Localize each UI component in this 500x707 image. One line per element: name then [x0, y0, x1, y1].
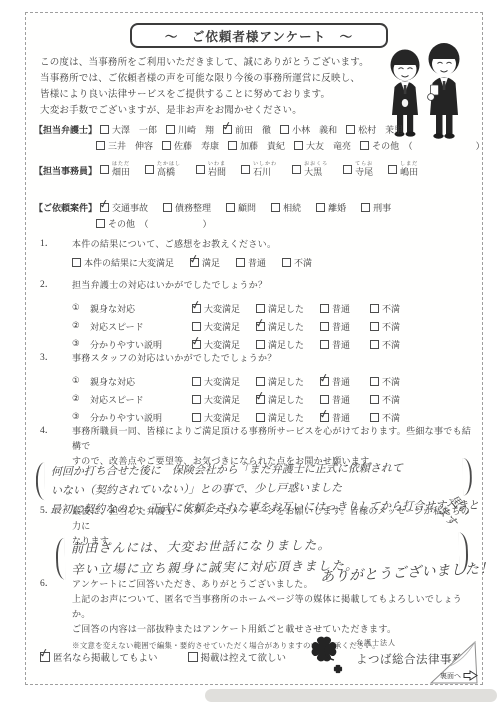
right-arrow-icon: [463, 670, 478, 681]
q1-options: 本件の結果に大変満足満足普通不満: [72, 256, 476, 269]
checkbox-option: 匿名なら掲載してもよい: [40, 650, 158, 664]
checkbox-option: 小林 義和: [280, 123, 337, 136]
row-number: ①: [72, 303, 90, 313]
checkbox-option: 不満: [370, 375, 410, 388]
option-label: 不満: [382, 411, 400, 424]
checkbox-option: 満足した: [256, 320, 320, 333]
option-label: 満足した: [268, 302, 304, 315]
empty-checkbox-icon: [370, 395, 379, 404]
checkbox-option: 満足した: [256, 338, 320, 351]
option-label: 大変満足: [204, 393, 240, 406]
empty-checkbox-icon: [346, 125, 355, 134]
option-label: 不満: [382, 320, 400, 333]
checkbox-option: 本件の結果に大変満足: [72, 256, 174, 269]
option-label: 不満: [382, 338, 400, 351]
option-label: 満足した: [268, 338, 304, 351]
empty-checkbox-icon: [145, 165, 154, 174]
checkbox-option: 普通: [320, 375, 370, 388]
back-side-text: 裏面へ: [440, 671, 461, 681]
lawyer-section-label: 【担当弁護士】: [34, 123, 97, 136]
row-label: 分かりやすい説明: [90, 338, 192, 351]
checkbox-option: 普通: [320, 411, 370, 424]
form-title-box: ～ ご依頼者様アンケート ～: [130, 23, 388, 48]
lawyer-options-row1: 大澤 一郎川崎 翔前田 徹小林 義和松村 茉里: [100, 123, 412, 136]
checked-checkbox-icon: [320, 413, 329, 422]
checkbox-option: 川崎 翔: [166, 123, 214, 136]
option-label: 大澤 一郎: [112, 123, 157, 136]
survey-form-paper: ～ ご依頼者様アンケート ～ この度は、当事務所をご利用いただきまして、誠にあり…: [25, 12, 483, 685]
checkbox-option: いしかわ石川: [241, 162, 277, 177]
option-label: 大変満足: [204, 411, 240, 424]
checkbox-option: 普通: [320, 338, 370, 351]
option-label: 大変満足: [204, 375, 240, 388]
checked-checkbox-icon: [40, 652, 50, 662]
option-label: 普通: [332, 338, 350, 351]
case-options-row2: その他 （ ）: [96, 217, 221, 230]
option-label: 顧問: [238, 201, 256, 214]
staff-options: はただ畑田たかはし高橋いわま岩間いしかわ石川おおくろ大黒てらお寺尾しまだ嶋田: [100, 162, 433, 177]
checked-checkbox-icon: [192, 340, 201, 349]
empty-checkbox-icon: [96, 219, 105, 228]
option-label: 川崎 翔: [178, 123, 214, 136]
option-label: その他 （ ）: [372, 139, 485, 152]
text-line: 事務所職員一同、皆様によりご満足頂ける事務所サービスを心がけております。些細な事…: [72, 424, 476, 454]
empty-checkbox-icon: [72, 258, 81, 267]
empty-checkbox-icon: [343, 165, 352, 174]
row-number: ③: [72, 412, 90, 422]
empty-checkbox-icon: [316, 203, 325, 212]
staff-section: 【担当事務員】 はただ畑田たかはし高橋いわま岩間いしかわ石川おおくろ大黒てらお寺…: [34, 155, 433, 178]
row-number: ②: [72, 321, 90, 331]
option-label: 大変満足: [204, 338, 240, 351]
intro-line: 当事務所では、ご依頼者様の声を可能な限り今後の事務所運営に反映し、: [40, 71, 369, 87]
lawyer-options-row2: 三井 伸容佐藤 寿康加藤 貴紀大友 竜亮その他 （ ）: [96, 139, 494, 152]
empty-checkbox-icon: [294, 141, 303, 150]
option-label: 普通: [332, 320, 350, 333]
empty-checkbox-icon: [162, 141, 171, 150]
checkbox-option: その他 （ ）: [360, 139, 485, 152]
q4-handwritten-answer: 何回か打ち合せた後に 保険会社から「まだ弁護士に正式に依頼されて いない（契約さ…: [36, 458, 473, 520]
row-label: 対応スピード: [90, 320, 192, 333]
checkbox-option: 大変満足: [192, 320, 256, 333]
checkbox-option: 不満: [370, 393, 410, 406]
intro-line: 大変お手数でございますが、是非お声をお聞かせください。: [40, 103, 369, 119]
checkbox-option: 不満: [370, 302, 410, 315]
option-label: 普通: [332, 302, 350, 315]
empty-checkbox-icon: [192, 395, 201, 404]
question-1: 1． 本件の結果について、ご感想をお教えください。 本件の結果に大変満足満足普通…: [40, 237, 476, 269]
checkbox-option: 大変満足: [192, 375, 256, 388]
empty-checkbox-icon: [370, 340, 379, 349]
checked-checkbox-icon: [320, 377, 329, 386]
q3-row-2: ② 対応スピード 大変満足満足した普通不満: [72, 390, 476, 408]
option-label: 大変満足: [204, 320, 240, 333]
option-label: 石川: [253, 168, 277, 177]
option-label: 刑事: [373, 201, 391, 214]
row-number: ①: [72, 376, 90, 386]
empty-checkbox-icon: [271, 203, 280, 212]
row-label: 親身な対応: [90, 302, 192, 315]
row-number: ②: [72, 394, 90, 404]
question-text: アンケートにご回答いただき、ありがとうございました。 上記のお声について、匿名で…: [72, 577, 476, 637]
checkbox-option: おおくろ大黒: [292, 162, 328, 177]
checked-checkbox-icon: [190, 258, 199, 267]
q3-row-1-options: 大変満足満足した普通不満: [192, 375, 410, 388]
checkbox-option: 普通: [320, 302, 370, 315]
option-label: 岩間: [208, 168, 226, 177]
empty-checkbox-icon: [100, 125, 109, 134]
checkbox-option: 満足した: [256, 302, 320, 315]
checkbox-option: 満足: [190, 256, 220, 269]
empty-checkbox-icon: [370, 413, 379, 422]
form-title: ～ ご依頼者様アンケート ～: [165, 27, 353, 45]
empty-checkbox-icon: [96, 141, 105, 150]
checkbox-option: しまだ嶋田: [388, 162, 418, 177]
q2-row-1-options: 大変満足満足した普通不満: [192, 302, 410, 315]
option-label: 前田 徹: [235, 123, 271, 136]
checkbox-option: たかはし高橋: [145, 162, 181, 177]
checkbox-option: 普通: [320, 393, 370, 406]
empty-checkbox-icon: [163, 203, 172, 212]
scanned-survey-page: ～ ご依頼者様アンケート ～ この度は、当事務所をご利用いただきまして、誠にあり…: [0, 0, 500, 707]
option-label: 満足: [202, 256, 220, 269]
empty-checkbox-icon: [166, 125, 175, 134]
empty-checkbox-icon: [360, 141, 369, 150]
q3-row-1: ① 親身な対応 大変満足満足した普通不満: [72, 372, 476, 390]
question-number: 6．: [40, 577, 72, 637]
empty-checkbox-icon: [192, 322, 201, 331]
back-side-label: 裏面へ: [440, 670, 478, 681]
checkbox-option: 前田 徹: [223, 123, 271, 136]
empty-checkbox-icon: [228, 141, 237, 150]
option-label: 満足した: [268, 375, 304, 388]
row-label: 対応スピード: [90, 393, 192, 406]
checkbox-option: 不満: [370, 411, 410, 424]
publication-consent-options: 匿名なら掲載してもよい掲載は控えて欲しい: [40, 650, 316, 664]
question-number: 2．: [40, 278, 72, 293]
q3-row-2-options: 大変満足満足した普通不満: [192, 393, 410, 406]
checkbox-option: 満足した: [256, 375, 320, 388]
row-label: 親身な対応: [90, 375, 192, 388]
empty-checkbox-icon: [256, 304, 265, 313]
q2-row-2: ② 対応スピード 大変満足満足した普通不満: [72, 317, 476, 335]
option-label: 普通: [332, 411, 350, 424]
intro-paragraph: この度は、当事務所をご利用いただきまして、誠にありがとうございます。 当事務所で…: [40, 55, 369, 119]
checkbox-option: 不満: [370, 338, 410, 351]
question-text: 担当弁護士の対応はいかがでしたでしょうか？: [72, 278, 476, 293]
handwritten-open-paren: [56, 538, 66, 580]
question-number: 3．: [40, 351, 72, 366]
checkbox-option: いわま岩間: [196, 162, 226, 177]
checkbox-option: 刑事: [361, 201, 391, 214]
checkbox-option: 佐藤 寿康: [162, 139, 219, 152]
option-label: その他 （ ）: [108, 217, 212, 230]
checked-checkbox-icon: [256, 395, 265, 404]
checkbox-option: 不満: [370, 320, 410, 333]
handwritten-open-paren: [36, 462, 45, 500]
empty-checkbox-icon: [282, 258, 291, 267]
case-options-row1: 交通事故債務整理顧問相続離婚刑事: [100, 201, 406, 214]
text-line: 上記のお声について、匿名で当事務所のホームページ等の媒体に掲載してもよろしいでし…: [72, 592, 476, 622]
option-label: 大黒: [304, 168, 328, 177]
option-label: 加藤 貴紀: [240, 139, 285, 152]
checked-checkbox-icon: [223, 125, 232, 134]
checkbox-option: その他 （ ）: [96, 217, 212, 230]
question-number: 1．: [40, 237, 72, 252]
option-label: 満足した: [268, 411, 304, 424]
q2-row-2-options: 大変満足満足した普通不満: [192, 320, 410, 333]
checked-checkbox-icon: [256, 322, 265, 331]
option-label: 普通: [332, 393, 350, 406]
option-label: 債務整理: [175, 201, 211, 214]
checkbox-option: 掲載は控えて欲しい: [188, 650, 287, 664]
option-label: 普通: [332, 375, 350, 388]
empty-checkbox-icon: [100, 165, 109, 174]
option-label: 満足した: [268, 320, 304, 333]
option-label: 佐藤 寿康: [174, 139, 219, 152]
checkbox-option: 相続: [271, 201, 301, 214]
option-label: 寺尾: [355, 168, 373, 177]
empty-checkbox-icon: [320, 340, 329, 349]
option-label: 松村 茉里: [358, 123, 403, 136]
checkbox-option: 普通: [320, 320, 370, 333]
empty-checkbox-icon: [236, 258, 245, 267]
checkbox-option: 大澤 一郎: [100, 123, 157, 136]
checkbox-option: 松村 茉里: [346, 123, 403, 136]
row-number: ③: [72, 339, 90, 349]
checkbox-option: はただ畑田: [100, 162, 130, 177]
empty-checkbox-icon: [241, 165, 250, 174]
empty-checkbox-icon: [256, 413, 265, 422]
row-label: 分かりやすい説明: [90, 411, 192, 424]
empty-checkbox-icon: [292, 165, 301, 174]
option-label: 不満: [294, 256, 312, 269]
option-label: 小林 義和: [292, 123, 337, 136]
checkbox-option: 債務整理: [163, 201, 211, 214]
handwritten-close-paren: [463, 458, 472, 496]
option-label: 大変満足: [204, 302, 240, 315]
checkbox-option: 大友 竜亮: [294, 139, 351, 152]
checkbox-option: 加藤 貴紀: [228, 139, 285, 152]
checkbox-option: 三井 伸容: [96, 139, 153, 152]
question-3: 3． 事務スタッフの対応はいかがでしたでしょうか？ ① 親身な対応 大変満足満足…: [40, 351, 476, 426]
option-label: 掲載は控えて欲しい: [201, 650, 287, 664]
option-label: 不満: [382, 393, 400, 406]
staff-section-label: 【担当事務員】: [34, 164, 97, 177]
checkbox-option: 普通: [236, 256, 266, 269]
checkbox-option: 大変満足: [192, 411, 256, 424]
intro-line: 皆様により良い法律サービスをご提供することに努めております。: [40, 87, 369, 103]
intro-line: この度は、当事務所をご利用いただきまして、誠にありがとうございます。: [40, 55, 369, 71]
q3-row-3-options: 大変満足満足した普通不満: [192, 411, 410, 424]
empty-checkbox-icon: [370, 322, 379, 331]
empty-checkbox-icon: [320, 322, 329, 331]
option-label: 相続: [283, 201, 301, 214]
handwritten-line: 何回か打ち合せた後に 保険会社から「まだ弁護士に正式に依頼されて: [51, 458, 403, 481]
empty-checkbox-icon: [256, 340, 265, 349]
checkbox-option: 離婚: [316, 201, 346, 214]
lawyer-section: 【担当弁護士】 大澤 一郎川崎 翔前田 徹小林 義和松村 茉里 三井 伸容佐藤 …: [34, 121, 494, 153]
empty-checkbox-icon: [370, 377, 379, 386]
empty-checkbox-icon: [320, 395, 329, 404]
checkbox-option: 満足した: [256, 411, 320, 424]
option-label: 満足した: [268, 393, 304, 406]
empty-checkbox-icon: [320, 304, 329, 313]
empty-checkbox-icon: [256, 377, 265, 386]
empty-checkbox-icon: [370, 304, 379, 313]
checkbox-option: てらお寺尾: [343, 162, 373, 177]
checkbox-option: 大変満足: [192, 302, 256, 315]
question-text: 本件の結果について、ご感想をお教えください。: [72, 237, 476, 252]
case-section: 【ご依頼案件】 交通事故債務整理顧問相続離婚刑事 その他 （ ）: [34, 199, 406, 231]
option-label: 不満: [382, 375, 400, 388]
empty-checkbox-icon: [361, 203, 370, 212]
q2-row-1: ① 親身な対応 大変満足満足した普通不満: [72, 299, 476, 317]
option-label: 離婚: [328, 201, 346, 214]
option-label: 交通事故: [112, 201, 148, 214]
option-label: 畑田: [112, 168, 130, 177]
checkbox-option: 大変満足: [192, 338, 256, 351]
four-leaf-clover-icon: [308, 634, 348, 678]
q2-row-3-options: 大変満足満足した普通不満: [192, 338, 410, 351]
checkbox-option: 顧問: [226, 201, 256, 214]
checkbox-option: 満足した: [256, 393, 320, 406]
checked-checkbox-icon: [192, 304, 201, 313]
empty-checkbox-icon: [388, 165, 397, 174]
option-label: 大友 竜亮: [306, 139, 351, 152]
option-label: 三井 伸容: [108, 139, 153, 152]
option-label: 不満: [382, 302, 400, 315]
option-label: 高橋: [157, 168, 181, 177]
handwritten-line: 辛い立場に立ち親身に誠実に対応頂きました。: [71, 555, 359, 580]
scan-shadow-band: [205, 689, 497, 702]
empty-checkbox-icon: [188, 652, 198, 662]
option-label: 嶋田: [400, 168, 418, 177]
checkbox-option: 不満: [282, 256, 312, 269]
option-label: 普通: [248, 256, 266, 269]
empty-checkbox-icon: [192, 377, 201, 386]
case-section-label: 【ご依頼案件】: [34, 201, 97, 214]
empty-checkbox-icon: [280, 125, 289, 134]
question-text: 事務スタッフの対応はいかがでしたでしょうか？: [72, 351, 476, 366]
empty-checkbox-icon: [196, 165, 205, 174]
empty-checkbox-icon: [192, 413, 201, 422]
checked-checkbox-icon: [100, 203, 109, 212]
checkbox-option: 交通事故: [100, 201, 148, 214]
empty-checkbox-icon: [226, 203, 235, 212]
option-label: 本件の結果に大変満足: [84, 256, 174, 269]
option-label: 匿名なら掲載してもよい: [53, 650, 158, 664]
checkbox-option: 大変満足: [192, 393, 256, 406]
question-2: 2． 担当弁護士の対応はいかがでしたでしょうか？ ① 親身な対応 大変満足満足し…: [40, 278, 476, 353]
